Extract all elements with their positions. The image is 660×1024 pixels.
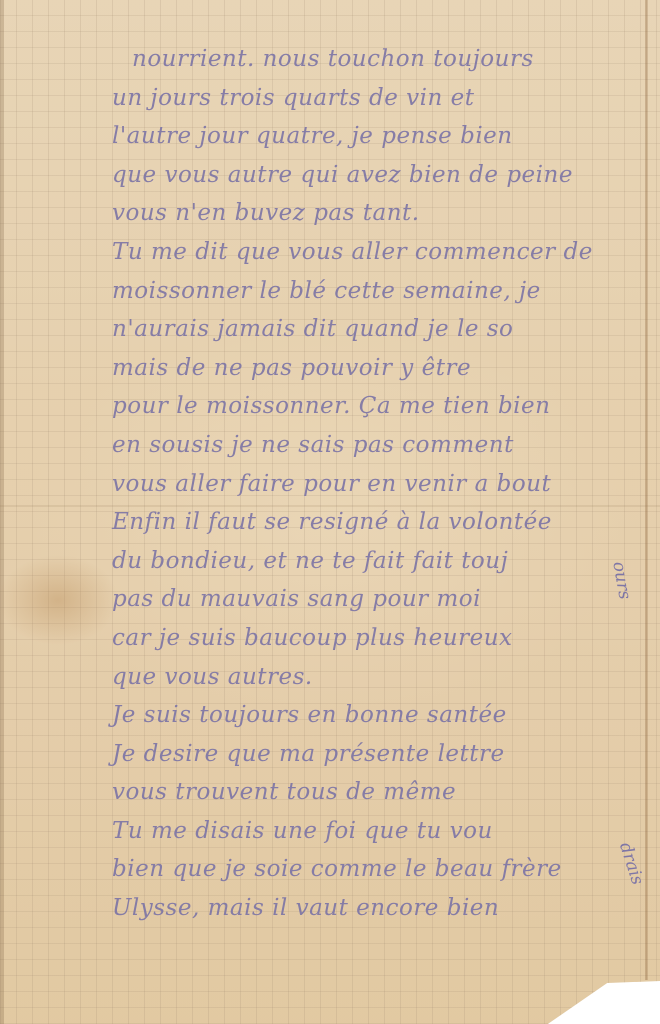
letter-line: bien que je soie comme le beau frère: [112, 850, 652, 889]
letter-line: un jours trois quarts de vin et: [112, 79, 652, 118]
letter-line: Je suis toujours en bonne santée: [112, 696, 652, 735]
letter-line: Je desire que ma présente lettre: [112, 735, 652, 774]
page-edge-shadow: [0, 0, 4, 1024]
letter-line: pour le moissonner. Ça me tien bien: [112, 387, 652, 426]
letter-line: n'aurais jamais dit quand je le so: [112, 310, 652, 349]
letter-line: mais de ne pas pouvoir y être: [112, 349, 652, 388]
letter-line: nourrient. nous touchon toujours: [112, 40, 652, 79]
letter-line: vous n'en buvez pas tant.: [112, 194, 652, 233]
letter-line: Tu me dit que vous aller commencer de: [112, 233, 652, 272]
letter-line: Tu me disais une foi que tu vou: [112, 812, 652, 851]
letter-line: Ulysse, mais il vaut encore bien: [112, 889, 652, 928]
letter-line: vous aller faire pour en venir a bout: [112, 465, 652, 504]
letter-line: car je suis baucoup plus heureux: [112, 619, 652, 658]
letter-line: Enfin il faut se resigné à la volontée: [112, 503, 652, 542]
letter-page: nourrient. nous touchon toujours un jour…: [0, 0, 660, 1024]
letter-line: vous trouvent tous de même: [112, 773, 652, 812]
letter-body: nourrient. nous touchon toujours un jour…: [112, 40, 652, 928]
letter-line: en sousis je ne sais pas comment: [112, 426, 652, 465]
letter-line: que vous autre qui avez bien de peine: [112, 156, 652, 195]
letter-line: l'autre jour quatre, je pense bien: [112, 117, 652, 156]
letter-line: du bondieu, et ne te fait fait touj: [112, 542, 652, 581]
letter-line: pas du mauvais sang pour moi: [112, 580, 652, 619]
letter-line: que vous autres.: [112, 658, 652, 697]
letter-line: moissonner le blé cette semaine, je: [112, 272, 652, 311]
